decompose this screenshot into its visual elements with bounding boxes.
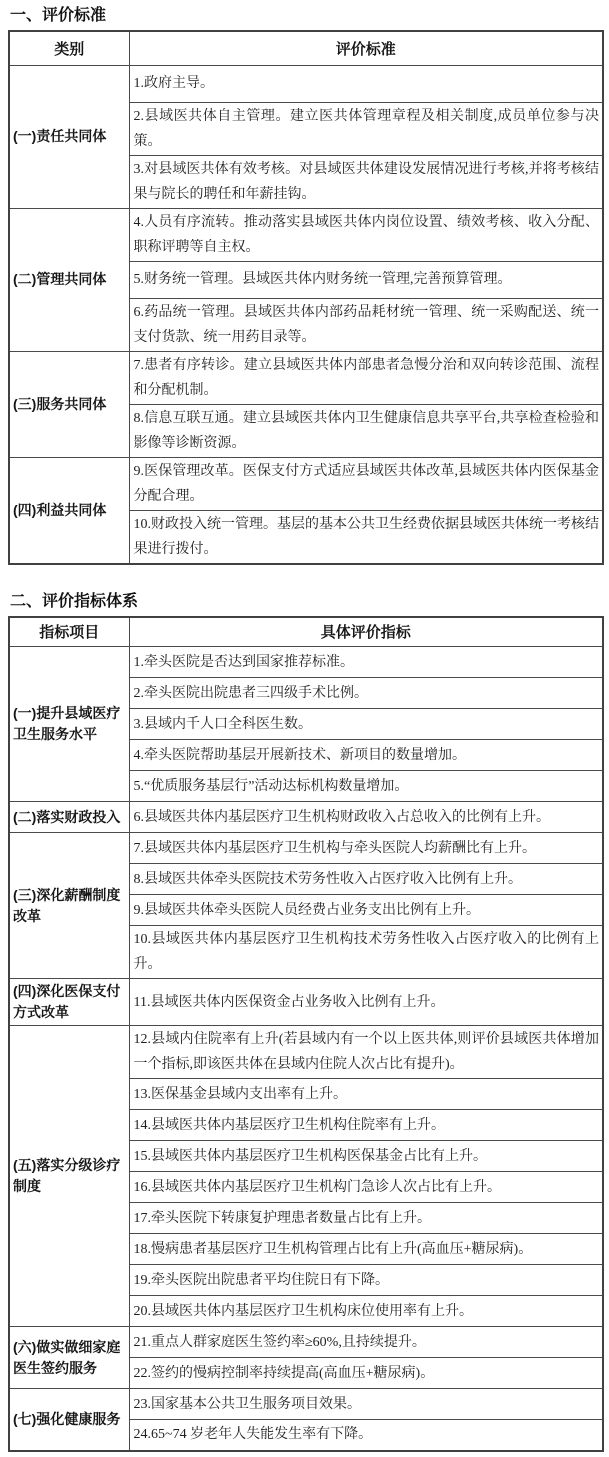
column-header: 类别: [9, 31, 129, 65]
indicator-item-cell: 9.医保管理改革。医保支付方式适应县域医共体改革,县域医共体内医保基金分配合理。: [129, 457, 603, 510]
indicator-item-cell: 19.牵头医院出院患者平均住院日有下降。: [129, 1265, 603, 1296]
category-cell: (二)管理共同体: [9, 208, 129, 351]
indicator-item-cell: 1.牵头医院是否达到国家推荐标准。: [129, 647, 603, 678]
indicator-item-cell: 13.医保基金县域内支出率有上升。: [129, 1079, 603, 1110]
table-row: (四)深化医保支付方式改革11.县域医共体内医保资金占业务收入比例有上升。: [9, 979, 603, 1026]
indicator-item-cell: 16.县域医共体内基层医疗卫生机构门急诊人次占比有上升。: [129, 1172, 603, 1203]
category-cell: (四)深化医保支付方式改革: [9, 979, 129, 1026]
category-cell: (一)责任共同体: [9, 65, 129, 208]
column-header: 评价标准: [129, 31, 603, 65]
category-cell: (六)做实做细家庭医生签约服务: [9, 1327, 129, 1389]
indicator-item-cell: 20.县域医共体内基层医疗卫生机构床位使用率有上升。: [129, 1296, 603, 1327]
table-row: (二)管理共同体4.人员有序流转。推动落实县域医共体内岗位设置、绩效考核、收入分…: [9, 208, 603, 261]
category-cell: (二)落实财政投入: [9, 802, 129, 833]
column-header: 具体评价指标: [129, 617, 603, 647]
table-row: (七)强化健康服务23.国家基本公共卫生服务项目效果。: [9, 1389, 603, 1420]
indicator-item-cell: 2.牵头医院出院患者三四级手术比例。: [129, 678, 603, 709]
category-cell: (五)落实分级诊疗制度: [9, 1026, 129, 1327]
table-row: (四)利益共同体9.医保管理改革。医保支付方式适应县域医共体改革,县域医共体内医…: [9, 457, 603, 510]
indicator-item-cell: 3.对县域医共体有效考核。对县域医共体建设发展情况进行考核,并将考核结果与院长的…: [129, 155, 603, 208]
indicator-item-cell: 23.国家基本公共卫生服务项目效果。: [129, 1389, 603, 1420]
indicator-item-cell: 4.人员有序流转。推动落实县域医共体内岗位设置、绩效考核、收入分配、职称评聘等自…: [129, 208, 603, 261]
indicator-item-cell: 5.财务统一管理。县域医共体内财务统一管理,完善预算管理。: [129, 261, 603, 298]
indicator-item-cell: 3.县域内千人口全科医生数。: [129, 709, 603, 740]
table-row: (五)落实分级诊疗制度12.县域内住院率有上升(若县域内有一个以上医共体,则评价…: [9, 1026, 603, 1079]
evaluation-indicator-table: 指标项目具体评价指标(一)提升县域医疗卫生服务水平1.牵头医院是否达到国家推荐标…: [8, 616, 604, 1452]
indicator-item-cell: 15.县域医共体内基层医疗卫生机构医保基金占比有上升。: [129, 1141, 603, 1172]
indicator-item-cell: 1.政府主导。: [129, 65, 603, 102]
indicator-item-cell: 14.县域医共体内基层医疗卫生机构住院率有上升。: [129, 1110, 603, 1141]
category-cell: (三)深化薪酬制度改革: [9, 833, 129, 979]
evaluation-standards-table: 类别评价标准(一)责任共同体1.政府主导。2.县域医共体自主管理。建立医共体管理…: [8, 30, 604, 565]
category-cell: (三)服务共同体: [9, 351, 129, 457]
indicator-item-cell: 18.慢病患者基层医疗卫生机构管理占比有上升(高血压+糖尿病)。: [129, 1234, 603, 1265]
section1-title: 一、评价标准: [10, 6, 602, 25]
indicator-item-cell: 12.县域内住院率有上升(若县域内有一个以上医共体,则评价县域医共体增加一个指标…: [129, 1026, 603, 1079]
indicator-item-cell: 8.信息互联互通。建立县域医共体内卫生健康信息共享平台,共享检查检验和影像等诊断…: [129, 404, 603, 457]
indicator-item-cell: 10.财政投入统一管理。基层的基本公共卫生经费依据县域医共体统一考核结果进行拨付…: [129, 510, 603, 564]
table-row: (一)责任共同体1.政府主导。: [9, 65, 603, 102]
indicator-item-cell: 11.县域医共体内医保资金占业务收入比例有上升。: [129, 979, 603, 1026]
table-row: (六)做实做细家庭医生签约服务21.重点人群家庭医生签约率≥60%,且持续提升。: [9, 1327, 603, 1358]
indicator-item-cell: 22.签约的慢病控制率持续提高(高血压+糖尿病)。: [129, 1358, 603, 1389]
indicator-item-cell: 24.65~74 岁老年人失能发生率有下降。: [129, 1420, 603, 1451]
category-cell: (一)提升县域医疗卫生服务水平: [9, 647, 129, 802]
indicator-item-cell: 5.“优质服务基层行”活动达标机构数量增加。: [129, 771, 603, 802]
indicator-item-cell: 7.县域医共体内基层医疗卫生机构与牵头医院人均薪酬比有上升。: [129, 833, 603, 864]
column-header: 指标项目: [9, 617, 129, 647]
table-row: (二)落实财政投入6.县域医共体内基层医疗卫生机构财政收入占总收入的比例有上升。: [9, 802, 603, 833]
table-row: (三)深化薪酬制度改革7.县域医共体内基层医疗卫生机构与牵头医院人均薪酬比有上升…: [9, 833, 603, 864]
category-cell: (七)强化健康服务: [9, 1389, 129, 1451]
table-row: (一)提升县域医疗卫生服务水平1.牵头医院是否达到国家推荐标准。: [9, 647, 603, 678]
indicator-item-cell: 9.县域医共体牵头医院人员经费占业务支出比例有上升。: [129, 895, 603, 926]
indicator-item-cell: 17.牵头医院下转康复护理患者数量占比有上升。: [129, 1203, 603, 1234]
indicator-item-cell: 2.县域医共体自主管理。建立医共体管理章程及相关制度,成员单位参与决策。: [129, 102, 603, 155]
category-cell: (四)利益共同体: [9, 457, 129, 564]
indicator-item-cell: 6.县域医共体内基层医疗卫生机构财政收入占总收入的比例有上升。: [129, 802, 603, 833]
document-page: 一、评价标准 类别评价标准(一)责任共同体1.政府主导。2.县域医共体自主管理。…: [0, 0, 609, 1457]
section2-title: 二、评价指标体系: [10, 592, 602, 611]
table-row: (三)服务共同体7.患者有序转诊。建立县域医共体内部患者急慢分治和双向转诊范围、…: [9, 351, 603, 404]
indicator-item-cell: 4.牵头医院帮助基层开展新技术、新项目的数量增加。: [129, 740, 603, 771]
indicator-item-cell: 8.县域医共体牵头医院技术劳务性收入占医疗收入比例有上升。: [129, 864, 603, 895]
indicator-item-cell: 6.药品统一管理。县域医共体内部药品耗材统一管理、统一采购配送、统一支付货款、统…: [129, 298, 603, 351]
indicator-item-cell: 10.县域医共体内基层医疗卫生机构技术劳务性收入占医疗收入的比例有上升。: [129, 926, 603, 979]
indicator-item-cell: 7.患者有序转诊。建立县域医共体内部患者急慢分治和双向转诊范围、流程和分配机制。: [129, 351, 603, 404]
indicator-item-cell: 21.重点人群家庭医生签约率≥60%,且持续提升。: [129, 1327, 603, 1358]
